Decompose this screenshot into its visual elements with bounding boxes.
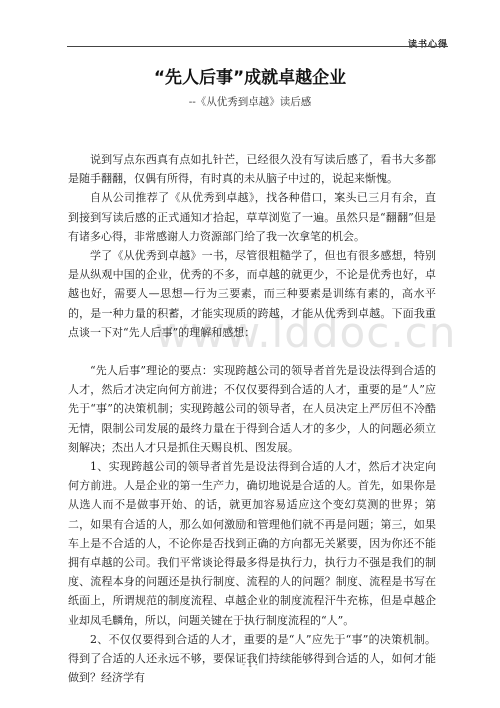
document-body: 说到写点东西真有点如扎针芒，已经很久没有写读后感了，看书大多都是随手翻翻，仅偶有… — [68, 150, 436, 687]
paragraph: 自从公司推荐了《从优秀到卓越》，找各种借口，案头已三月有余，直到接到写读后感的正… — [68, 188, 436, 246]
header-divider — [67, 46, 448, 47]
paragraph: 说到写点东西真有点如扎针芒，已经很久没有写读后感了，看书大多都是随手翻翻，仅偶有… — [68, 150, 436, 188]
paragraph: 学了《从优秀到卓越》一书，尽管很粗糙学了，但也有很多感想，特别是从纵观中国的企业… — [68, 246, 436, 342]
paragraph: 1、实现跨越公司的领导者首先是设法得到合适的人才，然后才决定向何方前进。人是企业… — [68, 457, 436, 630]
paragraph: “先人后事”理论的要点：实现跨越公司的领导者首先是设法得到合适的人才，然后才决定… — [68, 361, 436, 457]
paragraph-gap — [68, 342, 436, 361]
paragraph: 2、不仅仅要得到合适的人才，重要的是“人”应先于“事”的决策机制。得到了合适的人… — [68, 630, 436, 688]
page-subtitle: --《从优秀到卓越》读后感 — [0, 94, 500, 109]
header-label: 读书心得 — [408, 37, 448, 50]
page-title: “先人后事”成就卓越企业 — [0, 63, 500, 88]
